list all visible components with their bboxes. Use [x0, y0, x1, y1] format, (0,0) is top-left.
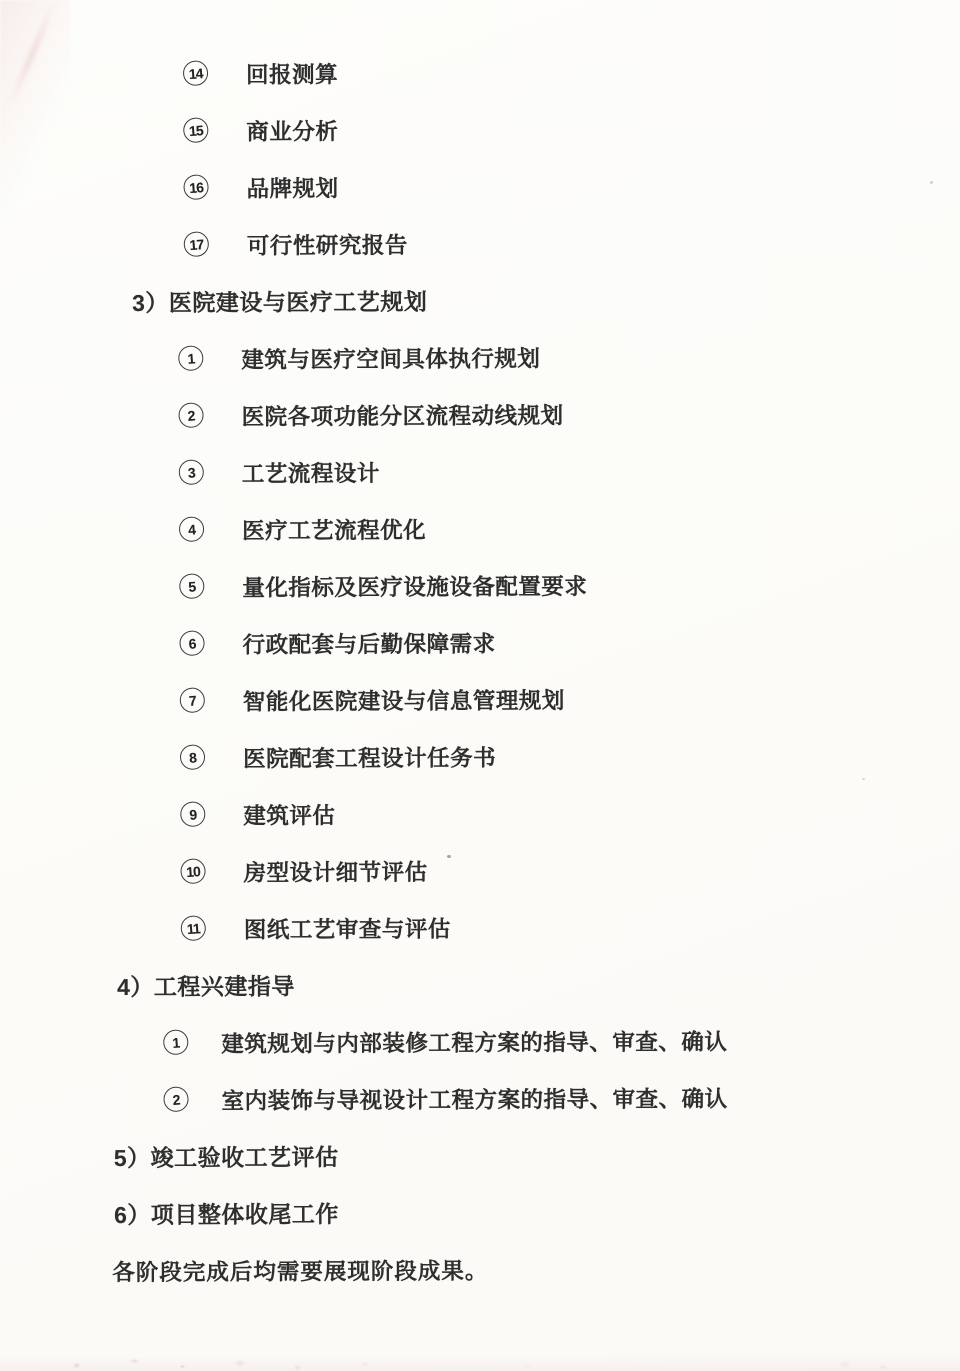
circled-number: 8 — [179, 744, 206, 771]
list-item-label: 医疗工艺流程优化 — [242, 512, 426, 545]
circled-number: 3 — [178, 459, 205, 486]
list-item: 17 可行性研究报告 — [1, 224, 960, 261]
list-item-label: 建筑规划与内部装修工程方案的指导、审查、确认 — [221, 1024, 727, 1058]
circled-number: 11 — [180, 915, 207, 942]
list-item-label: 可行性研究报告 — [247, 227, 408, 260]
list-item-label: 回报测算 — [246, 57, 338, 89]
circled-number: 1 — [162, 1029, 189, 1056]
list-item-label: 图纸工艺审查与评估 — [244, 911, 451, 944]
list-item: 15 商业分析 — [0, 110, 960, 147]
list-item-label: 商业分析 — [246, 114, 338, 146]
circled-number: 6 — [179, 630, 206, 657]
list-item: 4 医疗工艺流程优化 — [2, 509, 960, 546]
circled-number: 17 — [183, 231, 210, 258]
section-4-items: 1 建筑规划与内部装修工程方案的指导、审查、确认 2 室内装饰与导视设计工程方案… — [4, 1022, 960, 1116]
numbered-list-top: 14 回报测算 15 商业分析 16 品牌规划 17 可行性研究报告 — [0, 53, 960, 261]
scan-artifact-bottom-band — [0, 1349, 960, 1371]
section-3-items: 1 建筑与医疗空间具体执行规划 2 医院各项功能分区流程动线规划 3 工艺流程设… — [1, 338, 960, 945]
list-item-label: 工艺流程设计 — [242, 455, 380, 488]
list-item: 16 品牌规划 — [0, 167, 960, 204]
circled-number: 5 — [178, 573, 205, 600]
circled-number: 16 — [183, 174, 210, 201]
list-item-label: 建筑评估 — [243, 798, 335, 830]
list-item-label: 品牌规划 — [246, 171, 338, 203]
scanned-document-page: 14 回报测算 15 商业分析 16 品牌规划 17 可行性研究报告 — [0, 0, 960, 1371]
list-item-label: 建筑与医疗空间具体执行规划 — [241, 341, 540, 374]
list-item-label: 医院配套工程设计任务书 — [243, 740, 496, 773]
circled-number: 7 — [179, 687, 206, 714]
list-item: 3 工艺流程设计 — [2, 452, 960, 489]
circled-number: 4 — [178, 516, 205, 543]
document-content: 14 回报测算 15 商业分析 16 品牌规划 17 可行性研究报告 — [0, 0, 960, 1288]
list-item-label: 房型设计细节评估 — [243, 854, 427, 887]
list-item: 8 医院配套工程设计任务书 — [3, 737, 960, 774]
list-item: 6 行政配套与后勤保障需求 — [2, 623, 960, 660]
list-item: 5 量化指标及医疗设施设备配置要求 — [2, 566, 960, 603]
list-item: 9 建筑评估 — [3, 794, 960, 831]
circled-number: 15 — [182, 117, 209, 144]
list-item-label: 量化指标及医疗设施设备配置要求 — [242, 568, 587, 602]
section-6-title: 6）项目整体收尾工作 — [5, 1193, 960, 1230]
list-item: 14 回报测算 — [0, 53, 960, 90]
circled-number: 9 — [179, 801, 206, 828]
list-item: 11 图纸工艺审查与评估 — [4, 908, 960, 945]
section-5-title: 5）竣工验收工艺评估 — [5, 1136, 960, 1173]
list-item-label: 室内装饰与导视设计工程方案的指导、审查、确认 — [221, 1081, 727, 1115]
circled-number: 10 — [180, 858, 207, 885]
circled-number: 2 — [163, 1086, 190, 1113]
list-item-label: 行政配套与后勤保障需求 — [242, 626, 495, 659]
circled-number: 2 — [178, 402, 205, 429]
list-item: 10 房型设计细节评估 — [3, 851, 960, 888]
list-item: 1 建筑规划与内部装修工程方案的指导、审查、确认 — [4, 1022, 960, 1059]
list-item: 1 建筑与医疗空间具体执行规划 — [1, 338, 960, 375]
section-3-title: 3）医院建设与医疗工艺规划 — [1, 281, 960, 318]
circled-number: 14 — [182, 60, 209, 87]
list-item-label: 医院各项功能分区流程动线规划 — [241, 398, 563, 431]
list-item-label: 智能化医院建设与信息管理规划 — [243, 683, 565, 716]
circled-number: 1 — [177, 345, 204, 372]
closing-note: 各阶段完成后均需要展现阶段成果。 — [5, 1250, 960, 1287]
list-item: 7 智能化医院建设与信息管理规划 — [3, 680, 960, 717]
list-item: 2 医院各项功能分区流程动线规划 — [1, 395, 960, 432]
section-4-title: 4）工程兴建指导 — [4, 965, 960, 1002]
list-item: 2 室内装饰与导视设计工程方案的指导、审查、确认 — [4, 1079, 960, 1116]
